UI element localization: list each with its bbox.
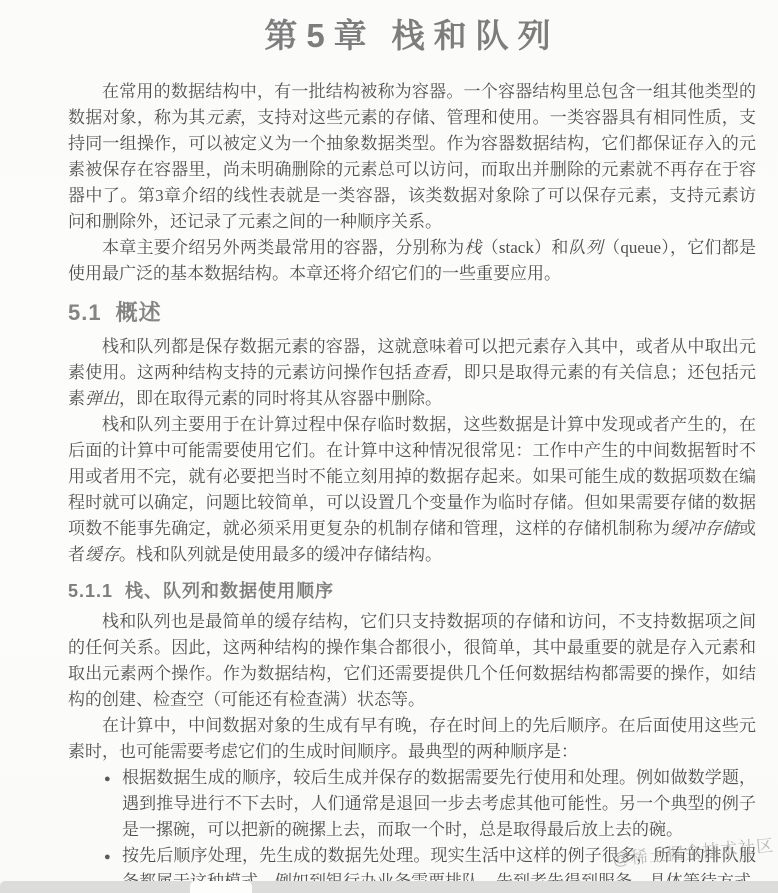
chapter-title: 第5章栈和队列 (68, 10, 756, 57)
scrollbar-track[interactable] (0, 881, 778, 893)
section-heading-5-1-1: 5.1.1栈、队列和数据使用顺序 (68, 577, 756, 603)
section-title: 概述 (116, 300, 162, 325)
paragraph-5-1-a: 栈和队列都是保存数据元素的容器，这就意味着可以把元素存入其中，或者从中取出元素使… (68, 334, 756, 412)
bullet-icon: ● (104, 844, 111, 870)
subsection-number: 5.1.1 (68, 581, 113, 601)
page-content: 第5章栈和队列 在常用的数据结构中，有一批结构被称为容器。一个容器结构里总包含一… (0, 0, 778, 893)
paragraph-5-1-1-a: 栈和队列也是最简单的缓存结构，它们只支持数据项的存储和访问，不支持数据项之间的任… (68, 609, 756, 713)
paragraph-5-1-1-b: 在计算中，中间数据对象的生成有早有晚，存在时间上的先后顺序。在后面使用这些元素时… (68, 713, 756, 765)
book-page: 第5章栈和队列 在常用的数据结构中，有一批结构被称为容器。一个容器结构里总包含一… (0, 0, 778, 893)
paragraph-intro-2: 本章主要介绍另外两类最常用的容器，分别称为栈（stack）和队列（queue），… (68, 235, 756, 287)
subsection-title: 栈、队列和数据使用顺序 (125, 581, 334, 601)
section-number: 5.1 (68, 300, 102, 325)
chapter-name: 栈和队列 (392, 17, 560, 54)
list-item: ● 根据数据生成的顺序，较后生成并保存的数据需要先行使用和处理。例如做数学题，遇… (68, 765, 756, 843)
bullet-text: 根据数据生成的顺序，较后生成并保存的数据需要先行使用和处理。例如做数学题，遇到推… (122, 768, 756, 839)
chapter-number: 第5章 (264, 17, 375, 54)
bullet-list: ● 根据数据生成的顺序，较后生成并保存的数据需要先行使用和处理。例如做数学题，遇… (68, 765, 756, 893)
scrollbar-gap[interactable] (190, 881, 252, 893)
paragraph-5-1-b: 栈和队列主要用于在计算过程中保存临时数据，这些数据是计算中发现或者产生的，在后面… (68, 412, 756, 568)
bullet-icon: ● (104, 766, 111, 792)
section-heading-5-1: 5.1概述 (68, 296, 756, 327)
paragraph-intro-1: 在常用的数据结构中，有一批结构被称为容器。一个容器结构里总包含一组其他类型的数据… (68, 79, 756, 235)
